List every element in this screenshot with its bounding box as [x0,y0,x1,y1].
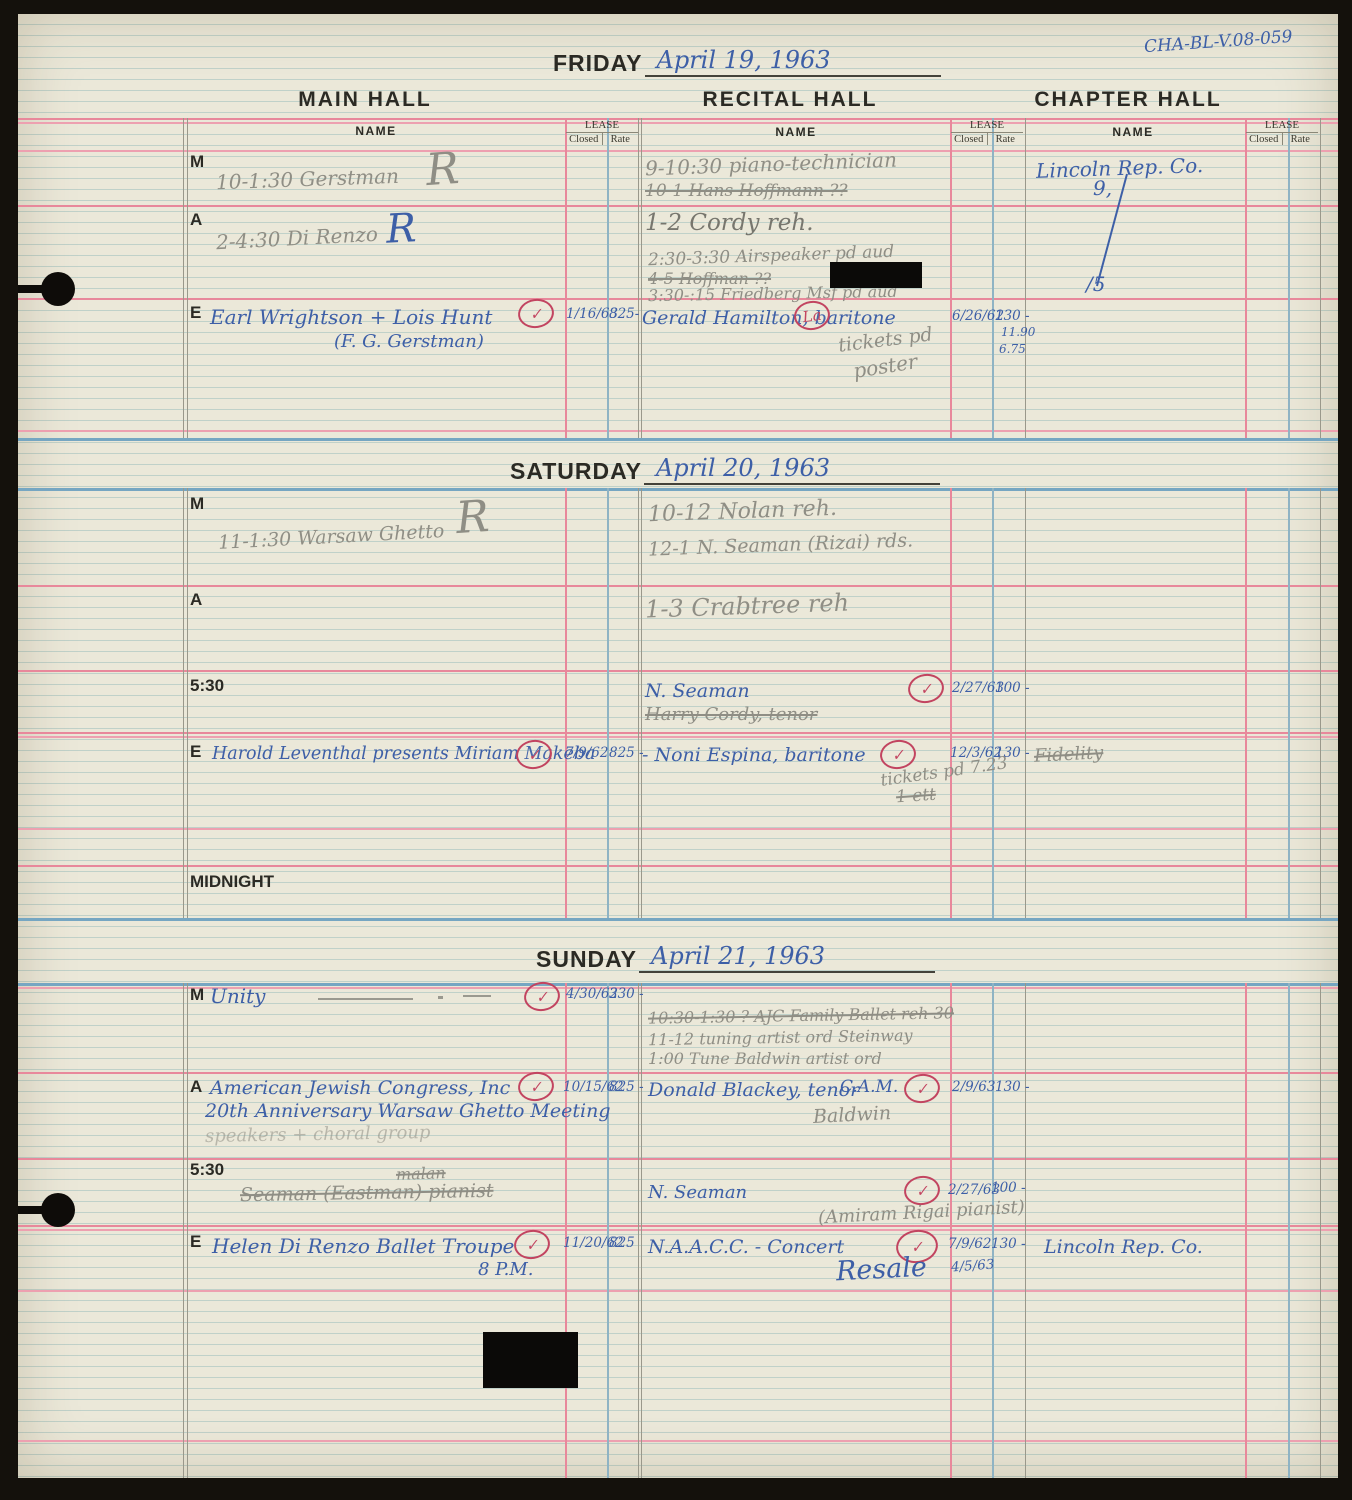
grid-line [18,438,1338,441]
lease-label: LEASE [1246,119,1318,133]
sunday-main-morning-rate: 330 - [609,986,644,1002]
friday-main-evening-name: Earl Wrightson + Lois Hunt [210,305,492,329]
grid-line [18,585,1338,587]
recital-name-header: NAME [775,125,816,139]
pencil-dot-mark [438,996,443,999]
saturday-day-label: SATURDAY [510,458,642,485]
grid-line [18,488,1338,491]
grid-line [1320,983,1321,1478]
sunday-row-530-label: 5:30 [190,1160,224,1180]
sunday-main-evening-rate: 825 [609,1235,635,1251]
recital-lease-header: LEASE Closed Rate [951,119,1023,145]
saturday-title: SATURDAY April 20, 1963 [510,454,940,485]
hole-punch-stub [18,285,46,293]
recital-hall-header: RECITAL HALL [703,88,878,112]
grid-line [565,983,567,1478]
grid-line [638,983,639,1478]
lease-label: LEASE [566,119,638,133]
grid-line [1025,983,1026,1478]
document-reference: CHA-BL-V.08-059 [1143,27,1293,57]
sunday-chapter-evening-name: Lincoln Rep. Co. [1044,1236,1203,1258]
sunday-recital-morning-entry2: 11-12 tuning artist ord Steinway [648,1026,913,1050]
grid-line [18,205,1338,207]
saturday-recital-530-sub-struck: Harry Cordy, tenor [645,704,817,725]
friday-main-evening-manager: (F. G. Gerstman) [334,331,484,352]
grid-line [18,1229,1338,1231]
saturday-main-evening-rate: 825 - [609,745,644,761]
sunday-main-morning-name: Unity [210,984,265,1008]
sunday-recital-evening-name: N.A.A.C.C. - Concert [648,1236,844,1258]
friday-main-evening-rate: 825- [609,306,639,322]
friday-day-label: FRIDAY [553,50,643,77]
grid-line [565,488,567,918]
grid-line [641,118,642,438]
grid-line [18,150,1338,152]
friday-recital-evening-note2: poster [852,349,920,383]
sunday-recital-morning-entry3: 1:00 Tune Baldwin artist ord [648,1049,882,1068]
grid-line [187,118,188,438]
closed-label: Closed [1246,133,1282,145]
hole-punch [41,1193,75,1227]
saturday-recital-afternoon-entry: 1-3 Crabtree reh [645,588,850,623]
friday-recital-evening-rate: 130 - [995,308,1030,324]
sunday-row-e-label: E [190,1232,201,1252]
closed-label: Closed [951,133,987,145]
grid-line [1025,118,1026,438]
friday-recital-afternoon-entry1: 1-2 Cordy reh. [645,210,814,236]
sunday-main-evening-checkmark: ✓ [512,1228,552,1262]
hole-punch-stub [18,1206,46,1214]
friday-row-m-label: M [190,152,204,172]
saturday-main-evening-checkmark: ✓ [514,738,554,772]
friday-chapter-name: Lincoln Rep. Co. [1036,153,1204,183]
friday-recital-evening-name: Gerald Hamilton, baritone [642,307,896,329]
hole-punch [41,272,75,306]
grid-line [18,1072,1338,1074]
sunday-main-afternoon-rate: 825 - [609,1079,644,1095]
saturday-recital-530-name: N. Seaman [645,680,750,702]
pencil-dash-mark [463,995,491,997]
sunday-recital-evening-date2: 4/5/63 [950,1257,994,1276]
saturday-recital-530-checkmark: ✓ [906,672,946,706]
grid-line [18,732,1338,734]
sunday-main-evening-time: 8 P.M. [478,1259,534,1280]
friday-date: April 19, 1963 [645,46,941,77]
friday-recital-morning-entry2-struck: 10-1 Hans Hoffmann ?? [645,181,848,201]
grid-line [18,918,1338,921]
grid-line [1025,488,1026,918]
rate-label: Rate [602,133,639,145]
saturday-row-a-label: A [190,590,202,610]
grid-line [18,736,1338,738]
sunday-date: April 21, 1963 [639,942,935,973]
closed-label: Closed [566,133,602,145]
sunday-row-a-label: A [190,1077,202,1097]
grid-line [992,983,994,1478]
friday-main-evening-checkmark: ✓ [516,297,556,331]
sunday-main-afternoon-name: American Jewish Congress, Inc [210,1077,510,1099]
saturday-recital-evening-name: - Noni Espina, baritone [642,744,866,766]
grid-line [18,118,1338,120]
grid-line [18,1290,1338,1292]
sunday-recital-afternoon-closed-date: 2/9/63 [952,1079,995,1095]
rate-label: Rate [1282,133,1319,145]
chapter-lease-header: LEASE Closed Rate [1246,119,1318,145]
grid-line [18,1225,1338,1227]
saturday-row-m-label: M [190,494,204,514]
friday-recital-evening-rate2: 11.90 [1001,325,1035,339]
sunday-recital-afternoon-name: Donald Blackey, tenor [648,1079,859,1101]
saturday-recital-530-rate: 100 - [995,680,1030,696]
sunday-recital-evening-closed-date: 7/9/62 [948,1236,991,1252]
sunday-main-evening-name: Helen Di Renzo Ballet Troupe [212,1234,514,1258]
sunday-main-afternoon-checkmark: ✓ [516,1070,556,1104]
grid-line [638,488,639,918]
grid-line [187,983,188,1478]
grid-line [1320,118,1321,438]
saturday-main-evening-closed-date: 7/9/62 [565,745,608,761]
sunday-day-label: SUNDAY [536,946,637,973]
grid-line [18,865,1338,867]
saturday-main-morning-initial: R [454,491,491,544]
grid-line [641,983,642,1478]
ledger-paper: CHA-BL-V.08-059 FRIDAY April 19, 1963 MA… [18,14,1338,1478]
grid-line [1320,488,1321,918]
friday-row-a-label: A [190,210,202,230]
chapter-name-header: NAME [1112,125,1153,139]
grid-line [1288,983,1290,1478]
saturday-row-midnight-label: MIDNIGHT [190,872,274,892]
grid-line [183,983,184,1478]
saturday-row-e-label: E [190,742,201,762]
grid-line [992,488,994,918]
friday-chapter-note-top: 9, [1093,176,1112,200]
saturday-date: April 20, 1963 [644,454,940,485]
grid-line [607,118,609,438]
redaction-box [483,1332,578,1388]
friday-chapter-note-bottom: /5 [1086,272,1105,296]
chapter-hall-header: CHAPTER HALL [1034,88,1221,112]
grid-line [18,1440,1338,1442]
scanned-ledger-page: { "doc_ref": "CHA-BL-V.08-059", "halls":… [0,0,1352,1500]
main-hall-header: MAIN HALL [298,88,431,112]
grid-line [187,488,188,918]
saturday-chapter-struck-entry: Fidelity [1033,742,1103,767]
grid-line [1245,488,1247,918]
redaction-box [830,262,922,288]
sunday-recital-morning-entry1-struck: 10:30-1:30 ? AJC Family Ballet reh 30 [648,1003,954,1027]
grid-line [18,670,1338,672]
grid-line [183,488,184,918]
sunday-recital-afternoon-note: Baldwin [812,1102,891,1128]
saturday-recital-morning-entry1: 10-12 Nolan reh. [648,496,838,528]
sunday-recital-afternoon-rate: 130 - [995,1079,1030,1095]
pencil-dash-mark [318,998,413,1000]
sunday-row-m-label: M [190,985,204,1005]
friday-row-e-label: E [190,303,201,323]
saturday-recital-evening-note2: 1 ett [895,785,936,808]
lease-label: LEASE [951,119,1023,133]
sunday-main-530-entry-struck: Seaman (Eastman) pianist [240,1180,494,1206]
grid-line [992,118,994,438]
grid-line [1245,983,1247,1478]
friday-main-morning-entry: 10-1:30 Gerstman [216,164,400,194]
sunday-main-afternoon-note: speakers + choral group [205,1122,431,1147]
sunday-recital-530-name: N. Seaman [648,1182,747,1203]
friday-recital-evening-rate3: 6.75 [999,342,1026,356]
saturday-row-530-label: 5:30 [190,676,224,696]
grid-line [565,118,567,438]
grid-line [950,983,952,1478]
sunday-main-afternoon-line2: 20th Anniversary Warsaw Ghetto Meeting [205,1100,611,1122]
sunday-recital-afternoon-checkmark: ✓ [902,1072,942,1106]
grid-line [638,118,639,438]
grid-line [1245,118,1247,438]
main-lease-header: LEASE Closed Rate [566,119,638,145]
sunday-title: SUNDAY April 21, 1963 [536,942,935,973]
friday-title: FRIDAY April 19, 1963 [553,46,941,77]
friday-recital-morning-entry1: 9-10:30 piano-technician [645,148,898,181]
saturday-recital-morning-entry2: 12-1 N. Seaman (Rizai) rds. [648,529,914,560]
grid-line [1288,118,1290,438]
sunday-recital-evening-resale: Resale [835,1252,927,1288]
sunday-recital-afternoon-cam: C.A.M. [840,1077,898,1097]
grid-line [1288,488,1290,918]
grid-line [183,118,184,438]
grid-line [607,488,609,918]
sunday-recital-530-note: (Amiram Rigai pianist) [818,1197,1026,1229]
friday-main-morning-initial: R [424,143,461,196]
saturday-main-morning-entry: 11-1:30 Warsaw Ghetto [218,520,445,554]
grid-line [950,118,952,438]
grid-line [641,488,642,918]
grid-line [950,488,952,918]
grid-line [607,983,609,1478]
grid-line [18,828,1338,830]
rate-label: Rate [987,133,1024,145]
grid-line [18,122,1338,124]
sunday-recital-evening-rate: 130 - [991,1236,1026,1252]
friday-main-afternoon-initial: R [385,205,417,253]
grid-line [18,430,1338,432]
main-name-header: NAME [355,124,396,138]
friday-main-afternoon-entry: 2-4:30 Di Renzo [215,222,378,254]
sunday-recital-530-rate: 100 - [991,1180,1026,1196]
